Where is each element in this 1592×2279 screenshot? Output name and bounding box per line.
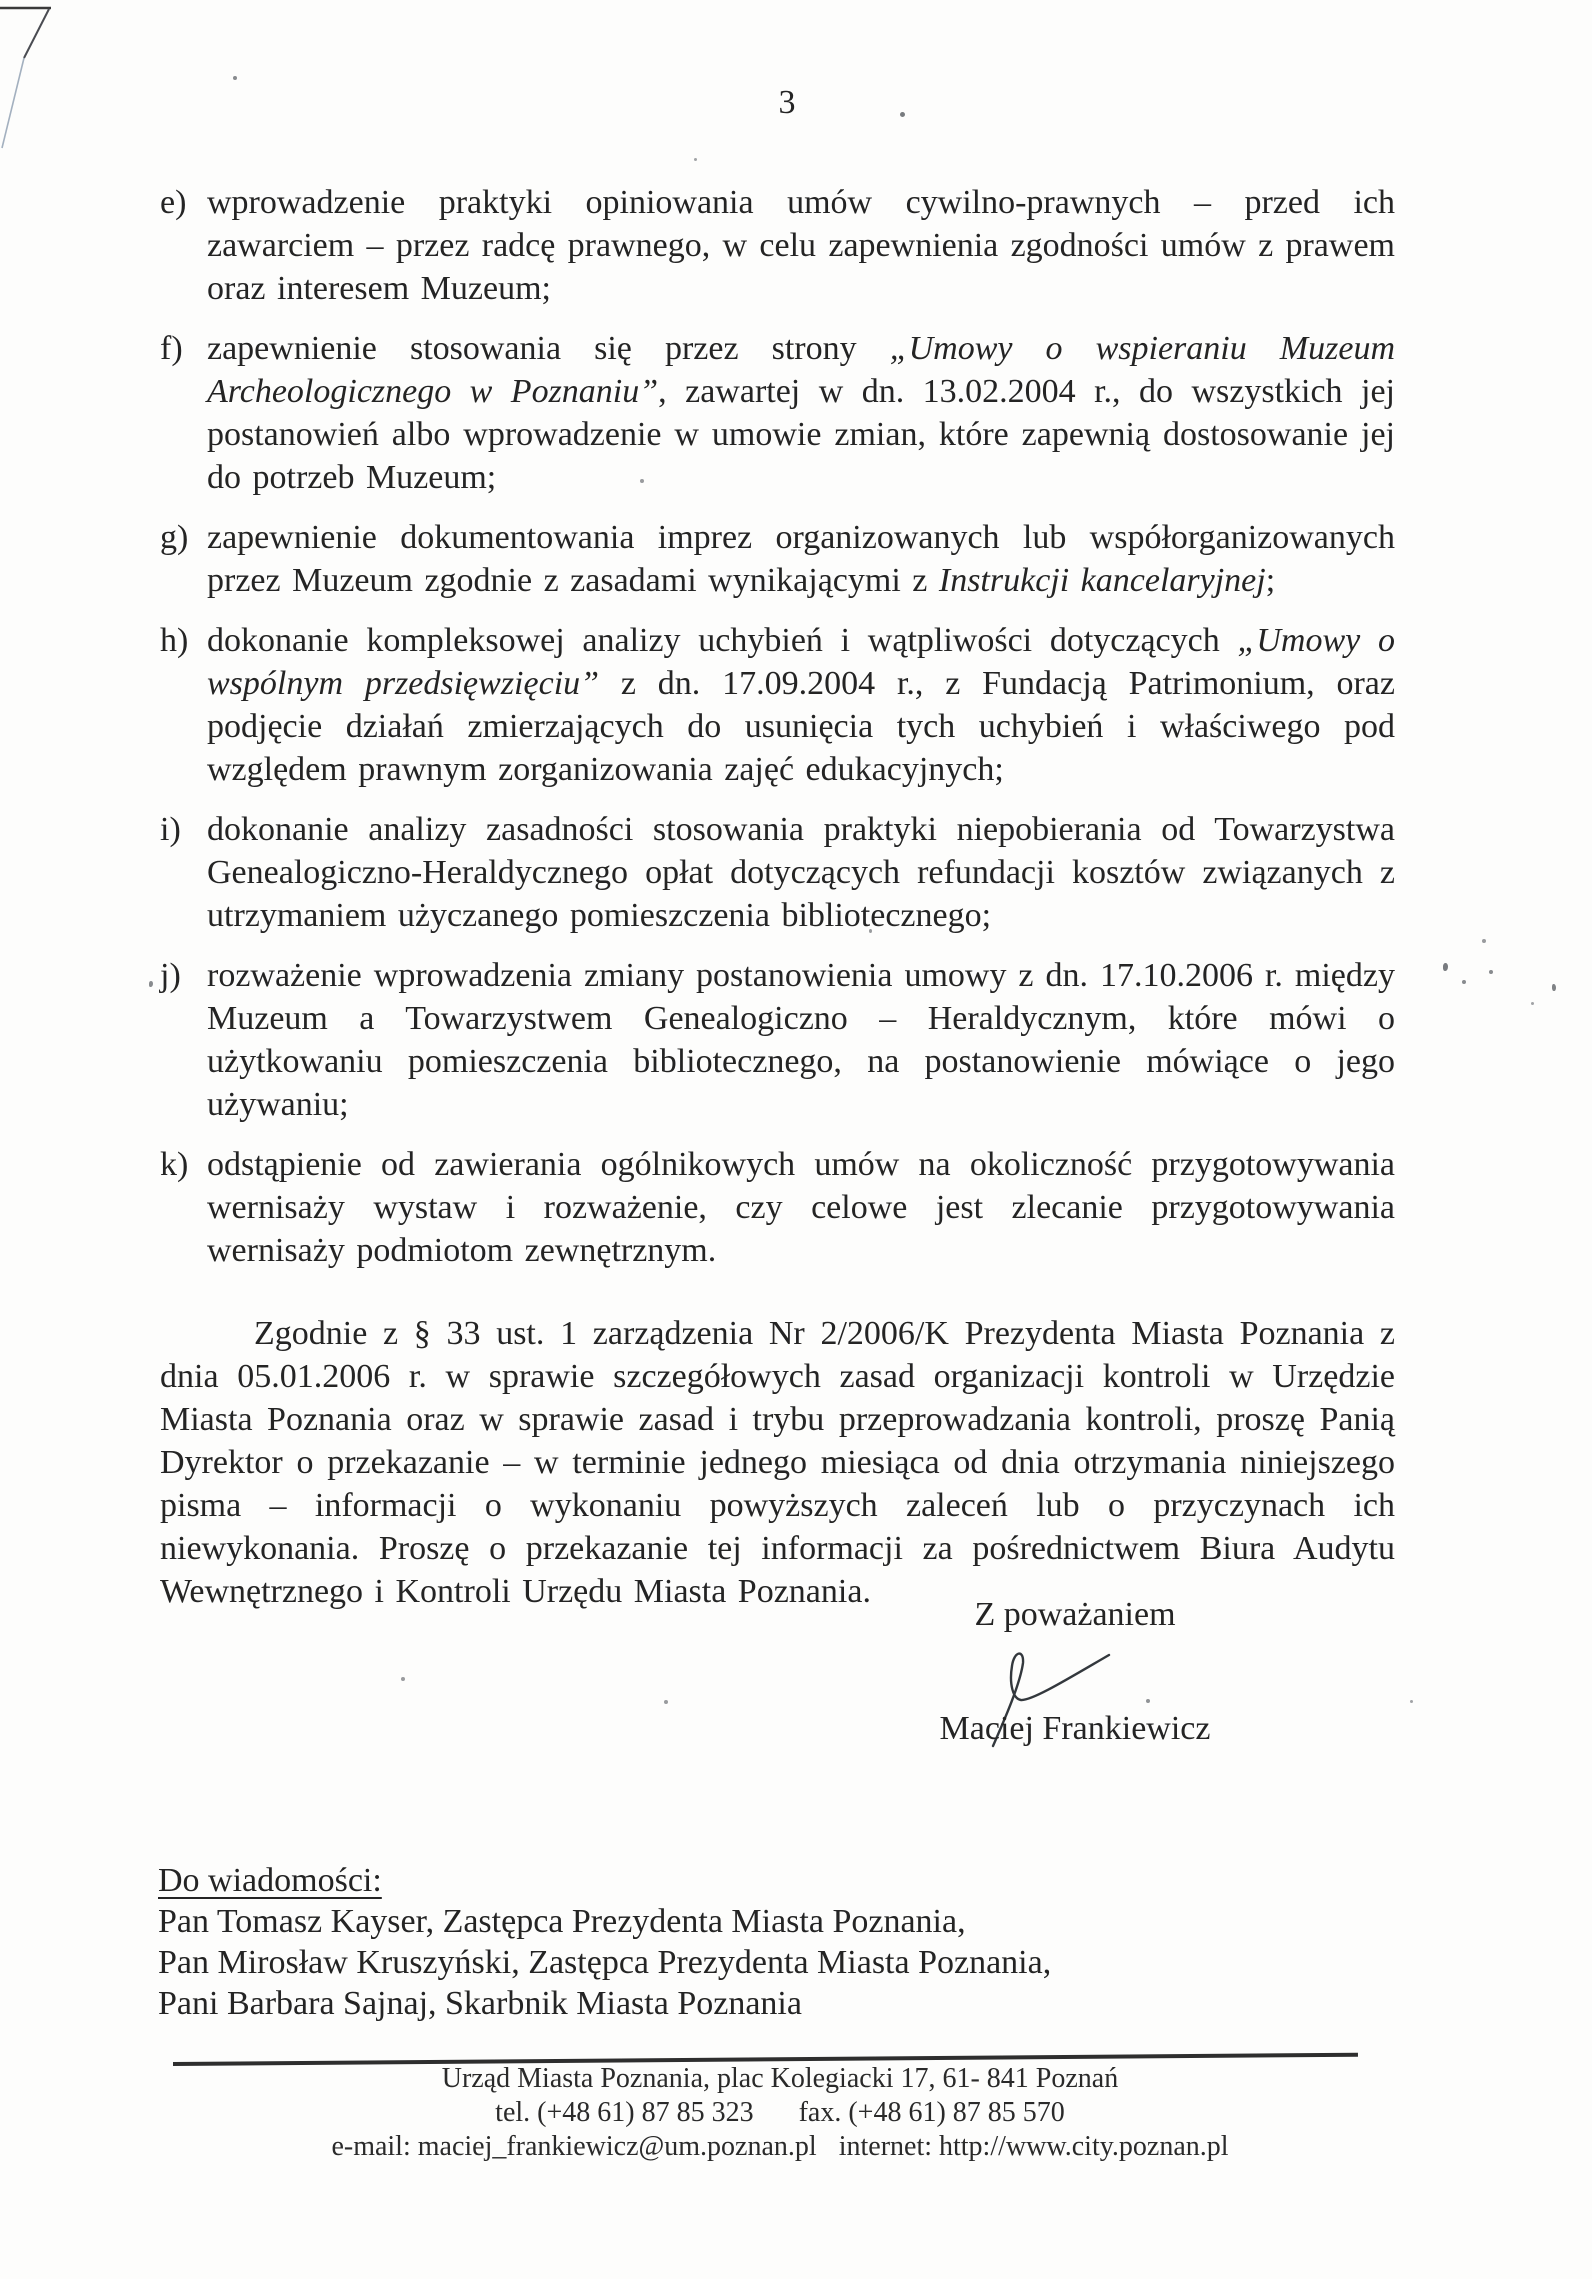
list-item-label: k) <box>160 1143 207 1272</box>
list-item: g) zapewnienie dokumentowania imprez org… <box>160 516 1395 602</box>
list-item-text: wprowadzenie praktyki opiniowania umów c… <box>207 181 1395 310</box>
distribution-recipient: Pani Barbara Sajnaj, Skarbnik Miasta Poz… <box>158 1983 1051 2024</box>
list-item: k) odstąpienie od zawierania ogólnikowyc… <box>160 1143 1395 1272</box>
scan-speck <box>1531 1002 1534 1005</box>
distribution-recipient: Pan Mirosław Kruszyński, Zastępca Prezyd… <box>158 1942 1051 1983</box>
footer-internet: internet: http://www.city.poznan.pl <box>839 2131 1229 2162</box>
scan-speck <box>233 76 237 80</box>
scan-speck <box>900 112 905 117</box>
scan-speck <box>401 1677 405 1681</box>
footer-tel: tel. (+48 61) 87 85 323 <box>495 2097 753 2128</box>
scan-speck <box>694 158 697 161</box>
scanned-letter-page: 3 e) wprowadzenie praktyki opiniowania u… <box>0 0 1592 2279</box>
scan-speck <box>1552 984 1556 991</box>
page-number: 3 <box>737 84 837 122</box>
list-item-text: dokonanie kompleksowej analizy uchybień … <box>207 619 1395 791</box>
list-item-text: zapewnienie stosowania się przez strony … <box>207 327 1395 499</box>
scan-speck <box>1482 939 1486 943</box>
scan-speck <box>1146 1699 1150 1703</box>
scan-speck <box>869 929 872 933</box>
scan-speck <box>1489 970 1493 974</box>
footer-web-line: e-mail: maciej_frankiewicz@um.poznan.pli… <box>180 2130 1380 2164</box>
list-item-text: rozważenie wprowadzenia zmiany postanowi… <box>207 954 1395 1126</box>
distribution-heading: Do wiadomości: <box>158 1860 1051 1901</box>
list-item-text: zapewnienie dokumentowania imprez organi… <box>207 516 1395 602</box>
distribution-recipient: Pan Tomasz Kayser, Zastępca Prezydenta M… <box>158 1901 1051 1942</box>
scan-speck <box>640 479 644 483</box>
scan-speck <box>1462 980 1466 984</box>
footer-fax: fax. (+48 61) 87 85 570 <box>799 2097 1065 2128</box>
footer-address: Urząd Miasta Poznania, plac Kolegiacki 1… <box>180 2062 1380 2096</box>
scan-speck <box>149 981 153 987</box>
list-item: h) dokonanie kompleksowej analizy uchybi… <box>160 619 1395 791</box>
footer-phone-line: tel. (+48 61) 87 85 323fax. (+48 61) 87 … <box>180 2096 1380 2130</box>
signer-name: Maciej Frankiewicz <box>915 1710 1235 1748</box>
list-item: i) dokonanie analizy zasadności stosowan… <box>160 808 1395 937</box>
distribution-section: Do wiadomości: Pan Tomasz Kayser, Zastęp… <box>158 1860 1051 2024</box>
closing-paragraph: Zgodnie z § 33 ust. 1 zarządzenia Nr 2/2… <box>160 1312 1395 1613</box>
list-item-label: i) <box>160 808 207 937</box>
list-item: f) zapewnienie stosowania się przez stro… <box>160 327 1395 499</box>
signoff-salutation: Z poważaniem <box>920 1596 1230 1634</box>
list-item: j) rozważenie wprowadzenia zmiany postan… <box>160 954 1395 1126</box>
list-item-label: f) <box>160 327 207 499</box>
footer: Urząd Miasta Poznania, plac Kolegiacki 1… <box>180 2062 1380 2164</box>
footer-email: e-mail: maciej_frankiewicz@um.poznan.pl <box>331 2131 816 2162</box>
scan-speck <box>664 1700 668 1704</box>
list-item-label: e) <box>160 181 207 310</box>
list-item-text: odstąpienie od zawierania ogólnikowych u… <box>207 1143 1395 1272</box>
list-item-text: dokonanie analizy zasadności stosowania … <box>207 808 1395 937</box>
scan-speck <box>1410 1700 1413 1703</box>
list-item-label: j) <box>160 954 207 1126</box>
recommendations-list: e) wprowadzenie praktyki opiniowania umó… <box>160 181 1395 1613</box>
scan-speck <box>1443 963 1448 971</box>
list-item-label: h) <box>160 619 207 791</box>
scan-corner-artifact <box>0 0 70 170</box>
list-item: e) wprowadzenie praktyki opiniowania umó… <box>160 181 1395 310</box>
list-item-label: g) <box>160 516 207 602</box>
scan-speck <box>446 346 449 349</box>
